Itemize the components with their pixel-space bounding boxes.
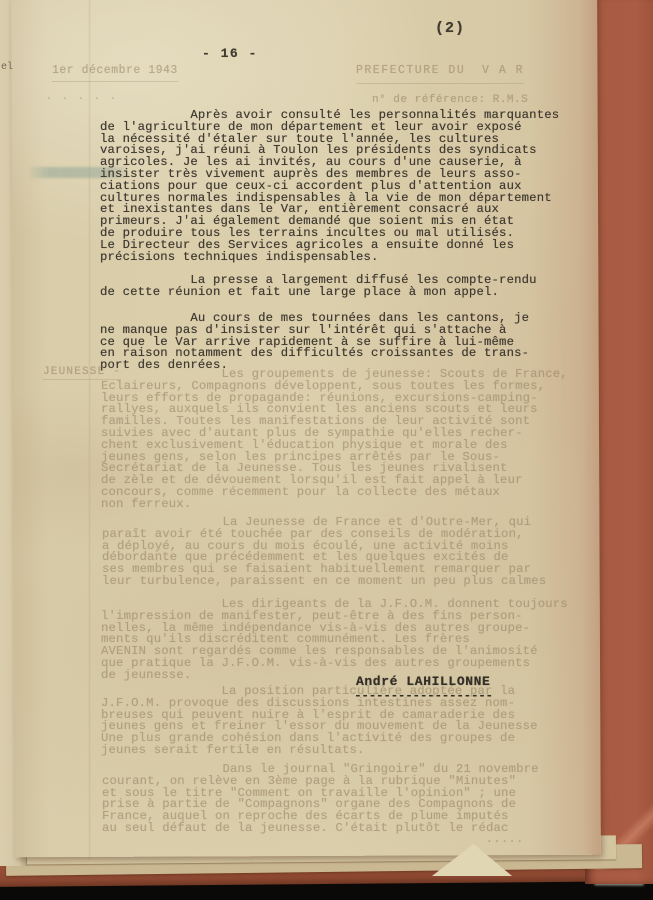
paragraph-position-jfom: La position particulière adoptée par la …: [101, 686, 587, 757]
folio-number: (2): [435, 20, 465, 37]
scanned-document-page: el (2) - 16 - 1er décembre 1943 . . . . …: [0, 0, 653, 900]
signature-name: André LAHILLONNE: [356, 674, 490, 689]
signature-underline: -------------------: [354, 688, 493, 703]
paragraph-dirigeants-jfom: Les dirigeants de la J.F.O.M. donnent to…: [101, 599, 587, 682]
paragraph-presse: La presse a largement diffusé les compte…: [100, 275, 586, 299]
paragraph-journal-gringoire: Dans le journal "Gringoire" du 21 novemb…: [102, 764, 588, 835]
date-stamp-dots: . . . . .: [46, 92, 118, 103]
paragraph-jeunesse-outre-mer: La Jeunesse de France et d'Outre-Mer, qu…: [102, 517, 588, 588]
reference-number-stamp: n° de référence: R.M.S: [372, 94, 528, 106]
page-number: - 16 -: [202, 46, 258, 61]
paragraph-tournees: Au cours de mes tournées dans les canton…: [100, 313, 586, 372]
sheet-crease: [88, 0, 91, 860]
footer-dots: .....: [486, 834, 524, 846]
edge-text-fragment: el: [1, 62, 13, 73]
date-stamp: 1er décembre 1943: [52, 64, 178, 82]
prefecture-header-stamp: PREFECTURE DU V A R: [356, 64, 524, 84]
paragraph-agriculture: Après avoir consulté les personnalités m…: [100, 110, 586, 263]
paragraph-groupements-jeunesse: Les groupements de jeunesse: Scouts de F…: [101, 369, 587, 511]
